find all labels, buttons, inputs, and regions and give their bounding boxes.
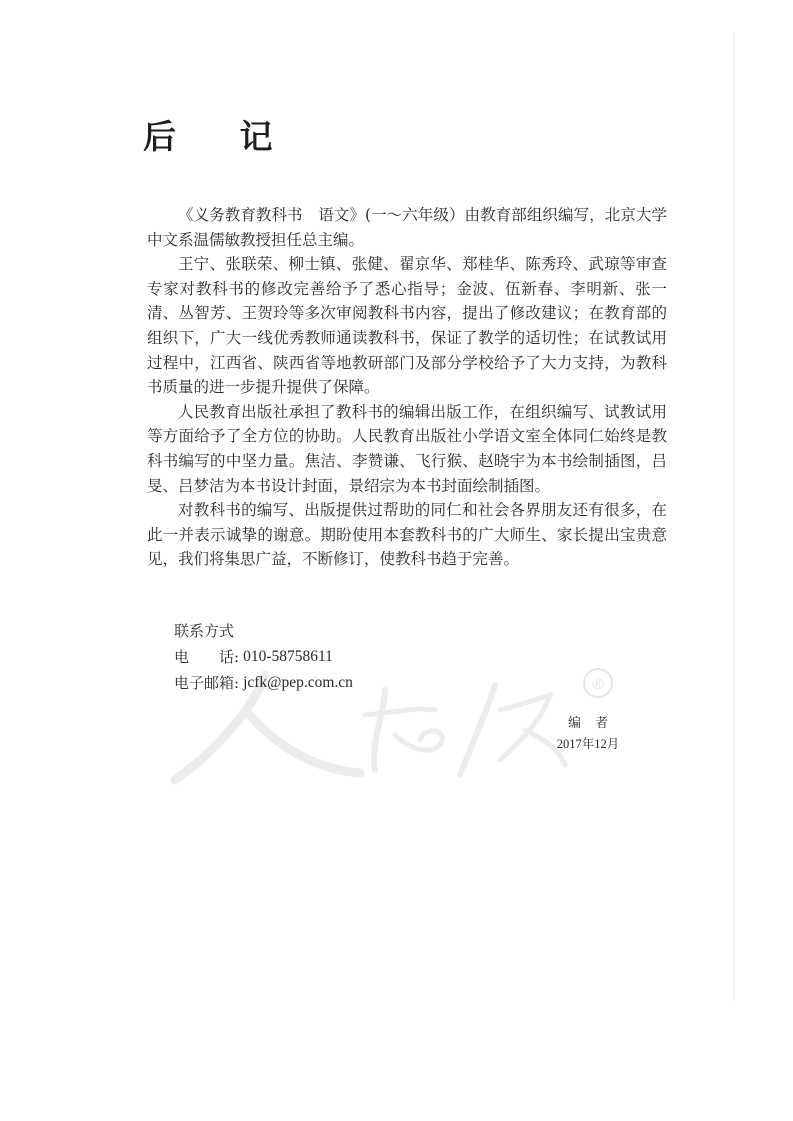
svg-text:®: ® [592, 676, 604, 693]
contact-phone: 电话:010-58758611 [174, 644, 353, 670]
email-value[interactable]: jcfk@pep.com.cn [243, 670, 353, 696]
page-edge-line [733, 33, 735, 1001]
email-label: 电子邮箱 [174, 670, 234, 696]
phone-label: 电话 [174, 644, 234, 670]
page-title: 后 记 [143, 115, 299, 159]
contact-info: 联系方式 电话:010-58758611 电子邮箱:jcfk@pep.com.c… [174, 618, 353, 696]
afterword-body: 《义务教育教科书 语文》(一～六年级）由教育部组织编写，北京大学中文系温儒敏教授… [147, 203, 667, 572]
paragraph-publisher: 人民教育出版社承担了教科书的编辑出版工作，在组织编写、试教试用等方面给予了全方位… [147, 400, 667, 498]
paragraph-editors: 《义务教育教科书 语文》(一～六年级）由教育部组织编写，北京大学中文系温儒敏教授… [147, 203, 667, 252]
contact-email: 电子邮箱:jcfk@pep.com.cn [174, 670, 353, 696]
signature: 编者 2017年12月 [553, 713, 623, 755]
paragraph-reviewers: 王宁、张联荣、柳士镇、张健、翟京华、郑桂华、陈秀玲、武琼等审查专家对教科书的修改… [147, 252, 667, 400]
signature-editor: 编者 [553, 713, 623, 734]
contact-heading: 联系方式 [174, 618, 353, 644]
phone-value: 010-58758611 [243, 644, 333, 670]
email-sep: : [234, 670, 239, 696]
paragraph-thanks: 对教科书的编写、出版提供过帮助的同仁和社会各界朋友还有很多，在此一并表示诚挚的谢… [147, 498, 667, 572]
signature-date: 2017年12月 [553, 734, 623, 755]
phone-sep: : [234, 644, 239, 670]
